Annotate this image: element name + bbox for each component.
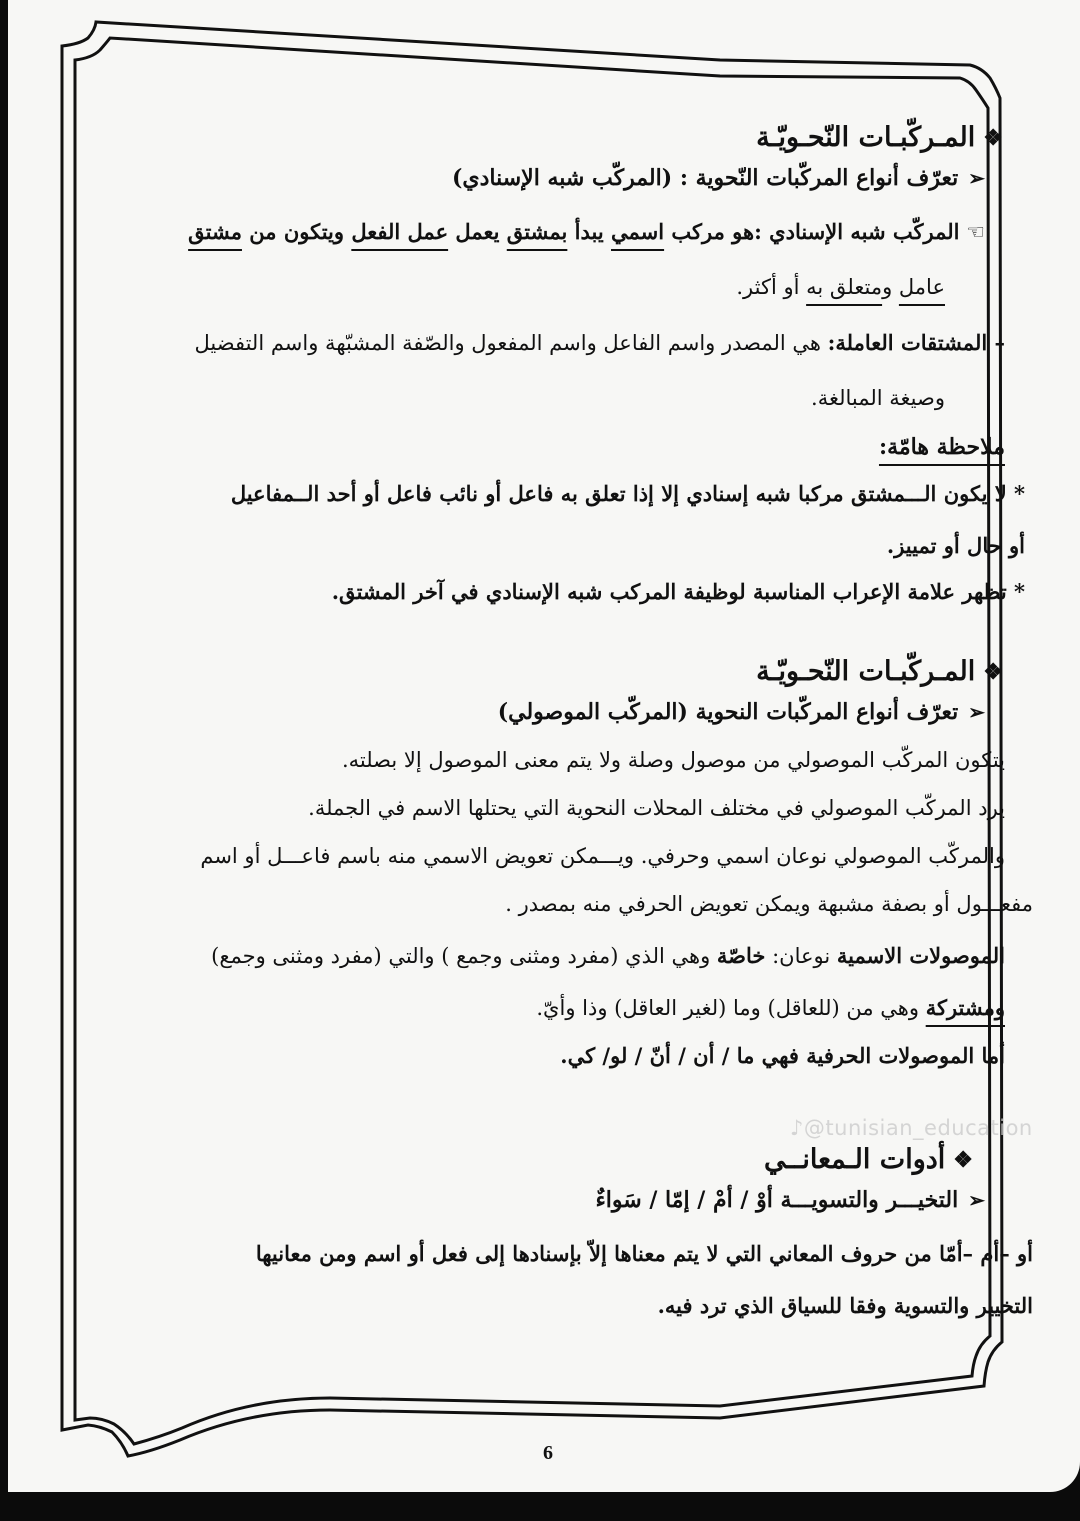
hand-bullet-icon: ☜ [966,220,985,244]
working-derivatives-cont: وصيغة المبالغة. [105,371,1005,426]
arrow-bullet-icon: ➢ [968,1180,985,1220]
note-1-cont: أو حال أو تمييز. [105,520,1025,572]
arrow-bullet-icon: ➢ [968,158,985,198]
important-note-title: ملاحظة هامّة: [105,426,1005,468]
subheading-relative-compound: ➢ تعرّف أنواع المركّبات النحوية (المركّب… [105,692,1005,732]
section-title-grammatical-compounds: ❖ المـركّبـات النّحـويّـة [105,118,1005,158]
relative-para-2: يرد المركّب الموصولي في مختلف المحلات ال… [105,784,1005,832]
diamond-bullet-icon: ❖ [983,118,1005,158]
particle-relatives: أما الموصولات الحرفية فهي ما / أن / أنّ … [105,1032,1005,1080]
relative-para-4: مفعـــول أو بصفة مشبهة ويمكن تعويض الحرف… [105,880,1033,928]
section-title-particles-of-meaning: ❖ أدوات الـمعانــي [105,1140,1005,1180]
definition-line-2: عامل ومتعلق به أو أكثر. [105,260,1005,315]
working-derivatives: – المشتقات العاملة: هي المصدر واسم الفاع… [105,315,1005,371]
relative-para-3: والمركّب الموصولي نوعان اسمي وحرفي. ويــ… [105,832,1005,880]
relative-para-1: يتكون المركّب الموصولي من موصول وصلة ولا… [105,736,1005,784]
page-number: 6 [0,1442,1080,1465]
particles-para-2: التخيير والتسوية وفقا للسياق الذي ترد في… [105,1282,1033,1330]
diamond-bullet-icon: ❖ [983,652,1005,692]
definition-line-1: ☜ المركّب شبه الإسنادي :هو مركب اسمي يبد… [105,204,1005,260]
note-2: * تظهر علامة الإعراب المناسبة لوظيفة الم… [105,572,1025,612]
particles-para-1: أو –أم –أمّا من حروف المعاني التي لا يتم… [105,1226,1033,1282]
subheading-semi-predicative: ➢ تعرّف أنواع المركّبات النّحوية : (المر… [105,158,1005,198]
nominal-relatives: الموصولات الاسمية نوعان: خاصّة وهي الذي … [105,928,1005,984]
diamond-bullet-icon: ❖ [953,1140,975,1180]
section-title-grammatical-compounds-2: ❖ المـركّبـات النّحـويّـة [105,652,1005,692]
note-1: * لا يكون الـــمشتق مركبا شبه إسنادي إلا… [105,468,1025,520]
shared-relatives: ومشتركة وهي من (للعاقل) وما (لغير العاقل… [105,984,1005,1032]
subheading-choice-equivalence: ➢ التخيـــر والتسويـــة أوْ / أمْ / إمّا… [105,1180,1005,1220]
watermark: ♪@tunisian_education [790,1116,1033,1140]
document-body: ❖ المـركّبـات النّحـويّـة ➢ تعرّف أنواع … [105,118,1005,1330]
arrow-bullet-icon: ➢ [968,692,985,732]
